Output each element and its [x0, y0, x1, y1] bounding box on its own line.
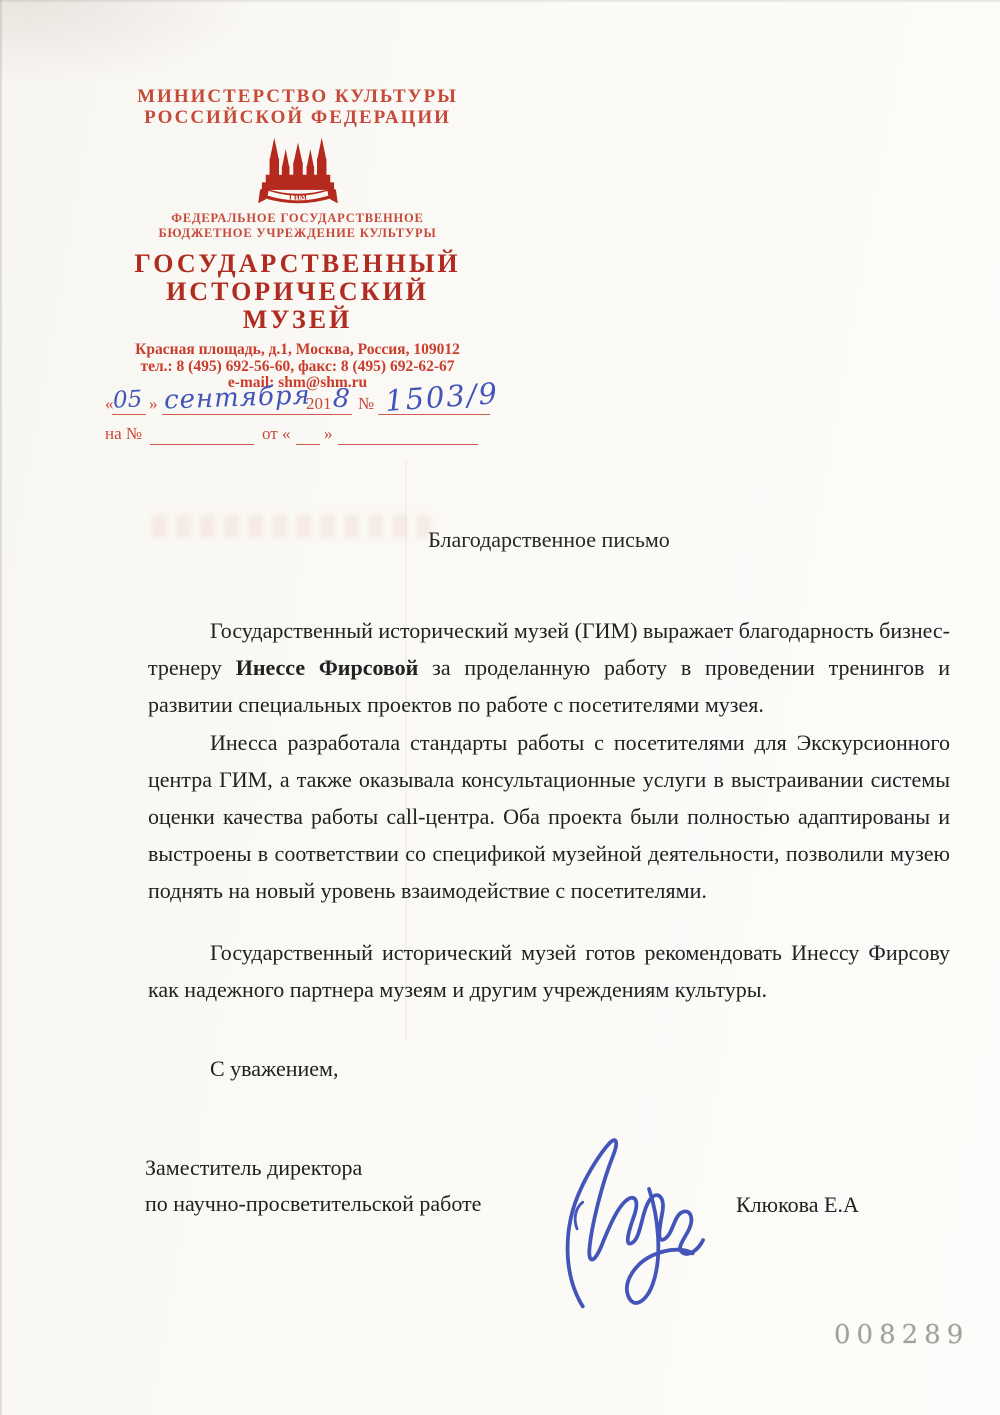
scanned-letter-page: МИНИСТЕРСТВО КУЛЬТУРЫ РОССИЙСКОЙ ФЕДЕРАЦ…: [0, 0, 1000, 1415]
org-type-line1: ФЕДЕРАЛЬНОЕ ГОСУДАРСТВЕННОЕ: [95, 211, 500, 226]
trainer-name-bold: Инессе Фирсовой: [236, 655, 419, 680]
reply-prefix: на №: [105, 424, 142, 444]
museum-name-line2: ИСТОРИЧЕСКИЙ: [95, 278, 500, 306]
paragraph-projects: Инесса разработала стандарты работы с по…: [148, 724, 950, 909]
museum-name-line1: ГОСУДАРСТВЕННЫЙ: [95, 250, 500, 278]
scan-edge-top: [0, 0, 1000, 2]
date-day-handwritten: 05: [112, 386, 143, 413]
letterhead: МИНИСТЕРСТВО КУЛЬТУРЫ РОССИЙСКОЙ ФЕДЕРАЦ…: [95, 86, 500, 392]
org-type-line2: БЮДЖЕТНОЕ УЧРЕЖДЕНИЕ КУЛЬТУРЫ: [95, 226, 500, 241]
paragraph-recommendation: Государственный исторический музей готов…: [148, 934, 950, 1008]
signer-title: Заместитель директора по научно-просвети…: [145, 1150, 481, 1222]
signer-title-line1: Заместитель директора: [145, 1150, 481, 1186]
number-sign: №: [358, 394, 374, 414]
stamp-number: 008289: [834, 1320, 969, 1350]
address-line: Красная площадь, д.1, Москва, Россия, 10…: [95, 342, 500, 359]
signer-title-line2: по научно-просветительской работе: [145, 1186, 481, 1222]
reply-from-label: от «: [262, 424, 290, 444]
paragraph-gratitude: Государственный исторический музей (ГИМ)…: [148, 612, 950, 723]
signature-ink-icon: [556, 1134, 708, 1314]
logo-banner-text: ГИМ: [289, 192, 307, 201]
museum-logo-icon: ГИМ: [250, 133, 346, 207]
date-month-handwritten: сентября: [164, 380, 312, 415]
museum-building-logo: ГИМ: [250, 133, 346, 207]
phone-fax-line: тел.: 8 (495) 692-56-60, факс: 8 (495) 6…: [95, 359, 500, 376]
letter-title: Благодарственное письмо: [148, 527, 950, 553]
date-close-quote: »: [149, 394, 158, 414]
closing-salutation: С уважением,: [210, 1056, 338, 1082]
ministry-name-line2: РОССИЙСКОЙ ФЕДЕРАЦИИ: [95, 107, 500, 128]
signature-autograph: [556, 1134, 708, 1314]
signer-name: Клюкова Е.А: [736, 1192, 859, 1218]
scan-edge-left: [0, 0, 2, 1415]
museum-name-line3: МУЗЕЙ: [95, 306, 500, 334]
reference-block: « 05 » сентября 201 8 № 1503/9 на № от «…: [0, 388, 540, 450]
ministry-name-line1: МИНИСТЕРСТВО КУЛЬТУРЫ: [95, 86, 500, 107]
reply-from-close-quote: »: [324, 424, 333, 444]
